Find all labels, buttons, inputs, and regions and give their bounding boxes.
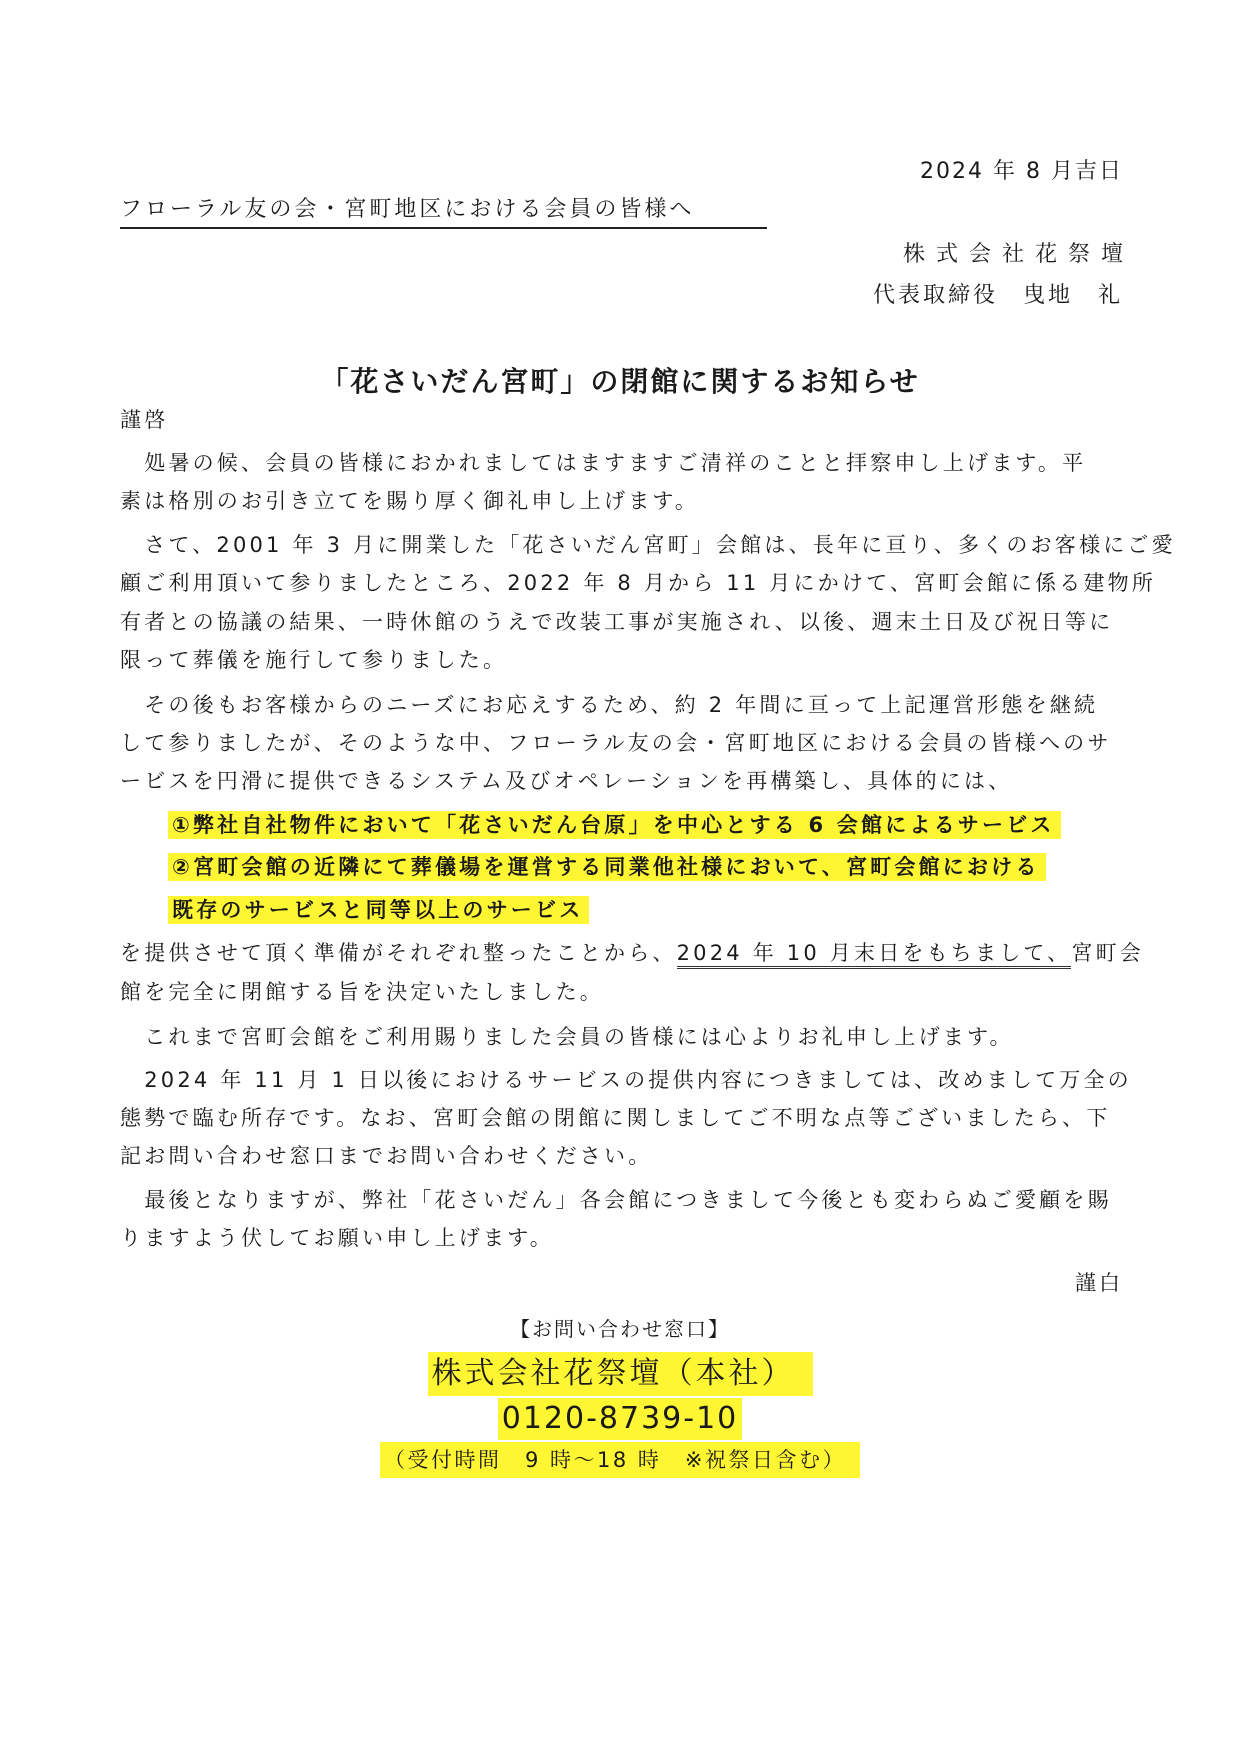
body-line: 限って葬儀を施行して参りました。 [120, 645, 1123, 675]
highlight-item-2-cont: 既存のサービスと同等以上のサービス [168, 895, 1171, 925]
body-line: 館を完全に閉館する旨を決定いたしました。 [120, 977, 1123, 1007]
body-line: 記お問い合わせ窓口までお問い合わせください。 [120, 1141, 1123, 1171]
closing-word: 謹白 [1075, 1267, 1123, 1297]
closing-date-underlined: 2024 年 10 月末日をもちまして、 [677, 941, 1072, 969]
body-line: 顧ご利用頂いて参りましたところ、2022 年 8 月から 11 月にかけて、宮町… [120, 568, 1123, 598]
addressee: フローラル友の会・宮町地区における会員の皆様へ [120, 192, 767, 229]
highlight-item-1: ①弊社自社物件において「花さいだん台原」を中心とする 6 会館によるサービス [168, 810, 1171, 840]
phone-number[interactable]: 0120-8739-10 [498, 1398, 743, 1440]
body-line: ービスを円滑に提供できるシステム及びオペレーションを再構築し、具体的には、 [120, 766, 1123, 796]
body-line: 2024 年 11 月 1 日以後におけるサービスの提供内容につきましては、改め… [120, 1065, 1123, 1095]
sender-representative: 代表取締役 曳地 礼 [873, 278, 1123, 309]
body-line: 態勢で臨む所存です。なお、宮町会館の閉館に関しましてご不明な点等ございましたら、… [120, 1103, 1123, 1133]
body-line: その後もお客様からのニーズにお応えするため、約 2 年間に亘って上記運営形態を継… [120, 690, 1123, 720]
contact-company-name: 株式会社花祭壇（本社） [428, 1352, 813, 1396]
sender-company: 株式会社花祭壇 [903, 237, 1134, 268]
contact-phone: 0120-8739-10 [0, 1398, 1240, 1440]
body-line: さて、2001 年 3 月に開業した「花さいだん宮町」会館は、長年に亘り、多くの… [120, 530, 1123, 560]
body-line: して参りましたが、そのような中、フローラル友の会・宮町地区における会員の皆様への… [120, 728, 1123, 758]
body-line-deadline: を提供させて頂く準備がそれぞれ整ったことから、2024 年 10 月末日をもちま… [120, 938, 1123, 968]
body-line: 有者との協議の結果、一時休館のうえで改装工事が実施され、以後、週末土日及び祝日等… [120, 607, 1123, 637]
highlighted-text: ②宮町会館の近隣にて葬儀場を運営する同業他社様において、宮町会館における [168, 853, 1046, 881]
body-line: 素は格別のお引き立てを賜り厚く御礼申し上げます。 [120, 486, 1123, 516]
business-hours: （受付時間 9 時～18 時 ※祝祭日含む） [380, 1442, 860, 1478]
body-line: これまで宮町会館をご利用賜りました会員の皆様には心よりお礼申し上げます。 [120, 1022, 1123, 1052]
body-line: 処暑の候、会員の皆様におかれましてはますますご清祥のことと拝察申し上げます。平 [120, 448, 1123, 478]
contact-hours: （受付時間 9 時～18 時 ※祝祭日含む） [0, 1442, 1240, 1478]
notice-title: 「花さいだん宮町」の閉館に関するお知らせ [0, 360, 1240, 400]
highlight-item-2: ②宮町会館の近隣にて葬儀場を運営する同業他社様において、宮町会館における [168, 852, 1171, 882]
body-text: 宮町会 [1071, 941, 1144, 965]
body-line: 最後となりますが、弊社「花さいだん」各会館につきまして今後とも変わらぬご愛顧を賜 [120, 1185, 1123, 1215]
salutation: 謹啓 [120, 405, 1123, 435]
document-date: 2024 年 8 月吉日 [920, 154, 1123, 185]
body-text: を提供させて頂く準備がそれぞれ整ったことから、 [120, 941, 677, 965]
contact-heading: 【お問い合わせ窓口】 [0, 1313, 1240, 1342]
contact-company: 株式会社花祭壇（本社） [0, 1352, 1240, 1396]
body-line: りますよう伏してお願い申し上げます。 [120, 1223, 1123, 1253]
highlighted-text: 既存のサービスと同等以上のサービス [168, 896, 589, 924]
highlighted-text: ①弊社自社物件において「花さいだん台原」を中心とする 6 会館によるサービス [168, 811, 1061, 839]
